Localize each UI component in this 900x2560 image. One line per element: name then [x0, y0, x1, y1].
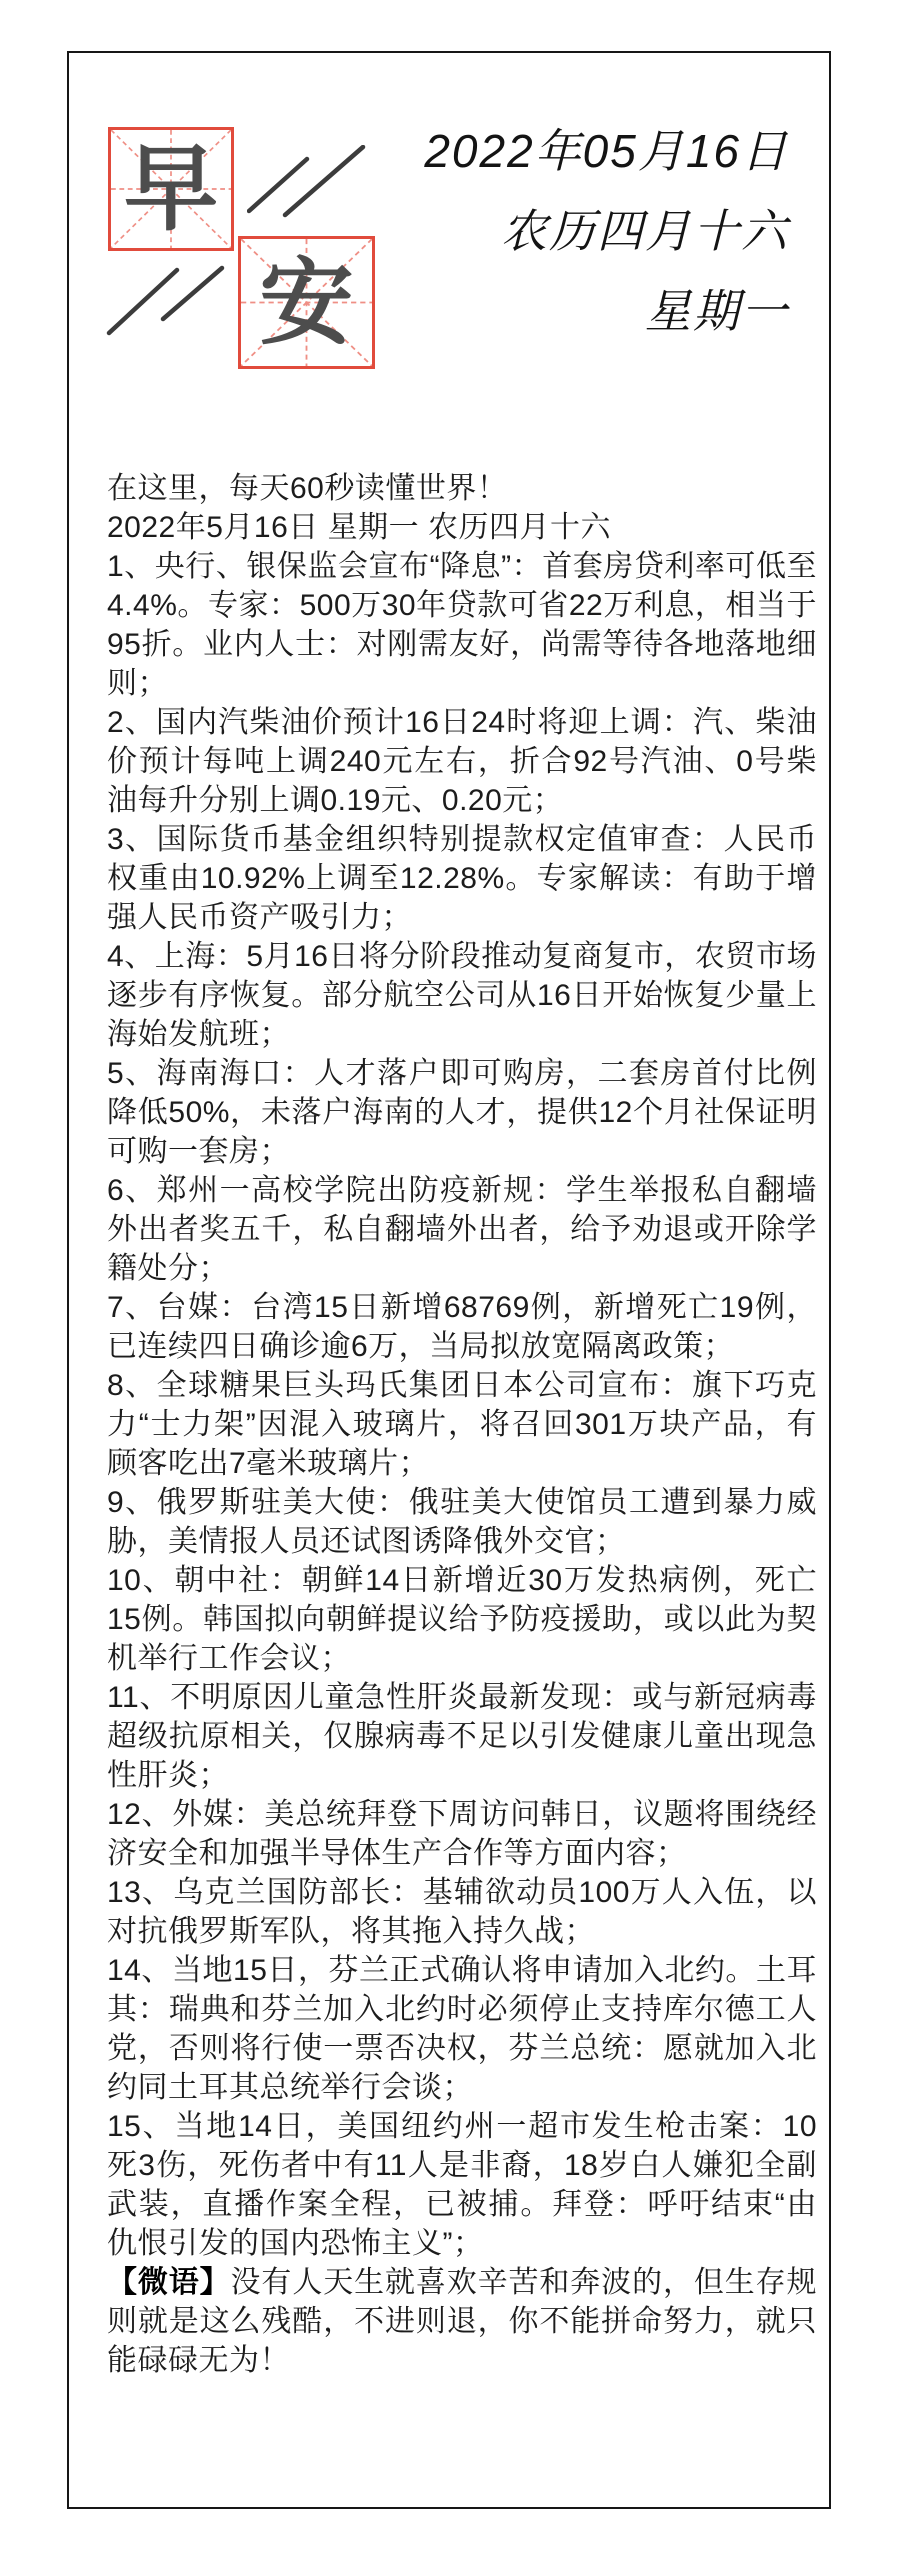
double-slash-icon-top: [247, 145, 372, 220]
news-item-10: 10、朝中社：朝鲜14日新增近30万发热病例，死亡15例。韩国拟向朝鲜提议给予防…: [107, 1561, 817, 1678]
news-body: 在这里，每天60秒读懂世界！ 2022年5月16日 星期一 农历四月十六 1、央…: [107, 469, 817, 2380]
logo-char-box-an: 安: [238, 236, 375, 369]
news-item-12: 12、外媒：美总统拜登下周访问韩日，议题将围绕经济安全和加强半导体生产合作等方面…: [107, 1795, 817, 1873]
logo-char-an: 安: [241, 239, 372, 366]
news-item-6: 6、郑州一高校学院出防疫新规：学生举报私自翻墙外出者奖五千，私自翻墙外出者，给予…: [107, 1171, 817, 1288]
lunar-date: 农历四月十六: [424, 191, 789, 271]
gregorian-date: 2022年05月16日: [424, 111, 789, 191]
double-slash-icon-bottom: [105, 263, 230, 338]
news-item-15: 15、当地14日，美国纽约州一超市发生枪击案：10死3伤，死伤者中有11人是非裔…: [107, 2107, 817, 2263]
page-border-frame: 早 安 2022年05月16日 农历四月十六 星期一: [67, 51, 831, 2509]
news-item-11: 11、不明原因儿童急性肝炎最新发现：或与新冠病毒超级抗原相关，仅腺病毒不足以引发…: [107, 1678, 817, 1795]
weiyu-footer: 【微语】没有人天生就喜欢辛苦和奔波的，但生存规则就是这么残酷，不进则退，你不能拼…: [107, 2263, 817, 2380]
news-item-4: 4、上海：5月16日将分阶段推动复商复市，农贸市场逐步有序恢复。部分航空公司从1…: [107, 937, 817, 1054]
weiyu-tag: 【微语】: [107, 2266, 231, 2299]
weekday: 星期一: [424, 271, 789, 351]
dateline: 2022年5月16日 星期一 农历四月十六: [107, 508, 817, 547]
intro-line: 在这里，每天60秒读懂世界！: [107, 469, 817, 508]
news-item-13: 13、乌克兰国防部长：基辅欲动员100万人入伍，以对抗俄罗斯军队，将其拖入持久战…: [107, 1873, 817, 1951]
news-item-7: 7、台媒：台湾15日新增68769例，新增死亡19例，已连续四日确诊逾6万，当局…: [107, 1288, 817, 1366]
news-item-5: 5、海南海口：人才落户即可购房，二套房首付比例降低50%，未落户海南的人才，提供…: [107, 1054, 817, 1171]
logo-char-box-zao: 早: [108, 127, 234, 251]
news-item-1: 1、央行、银保监会宣布“降息”：首套房贷利率可低至4.4%。专家：500万30年…: [107, 547, 817, 703]
morning-news-poster: 早 安 2022年05月16日 农历四月十六 星期一: [0, 0, 900, 2560]
news-item-14: 14、当地15日，芬兰正式确认将申请加入北约。土耳其：瑞典和芬兰加入北约时必须停…: [107, 1951, 817, 2107]
news-item-2: 2、国内汽柴油价预计16日24时将迎上调：汽、柴油价预计每吨上调240元左右，折…: [107, 703, 817, 820]
news-item-8: 8、全球糖果巨头玛氏集团日本公司宣布：旗下巧克力“士力架”因混入玻璃片，将召回3…: [107, 1366, 817, 1483]
header-date-block: 2022年05月16日 农历四月十六 星期一: [424, 111, 789, 351]
logo-char-zao: 早: [111, 130, 231, 248]
news-item-3: 3、国际货币基金组织特别提款权定值审查：人民币权重由10.92%上调至12.28…: [107, 820, 817, 937]
news-item-9: 9、俄罗斯驻美大使：俄驻美大使馆员工遭到暴力威胁，美情报人员还试图诱降俄外交官；: [107, 1483, 817, 1561]
